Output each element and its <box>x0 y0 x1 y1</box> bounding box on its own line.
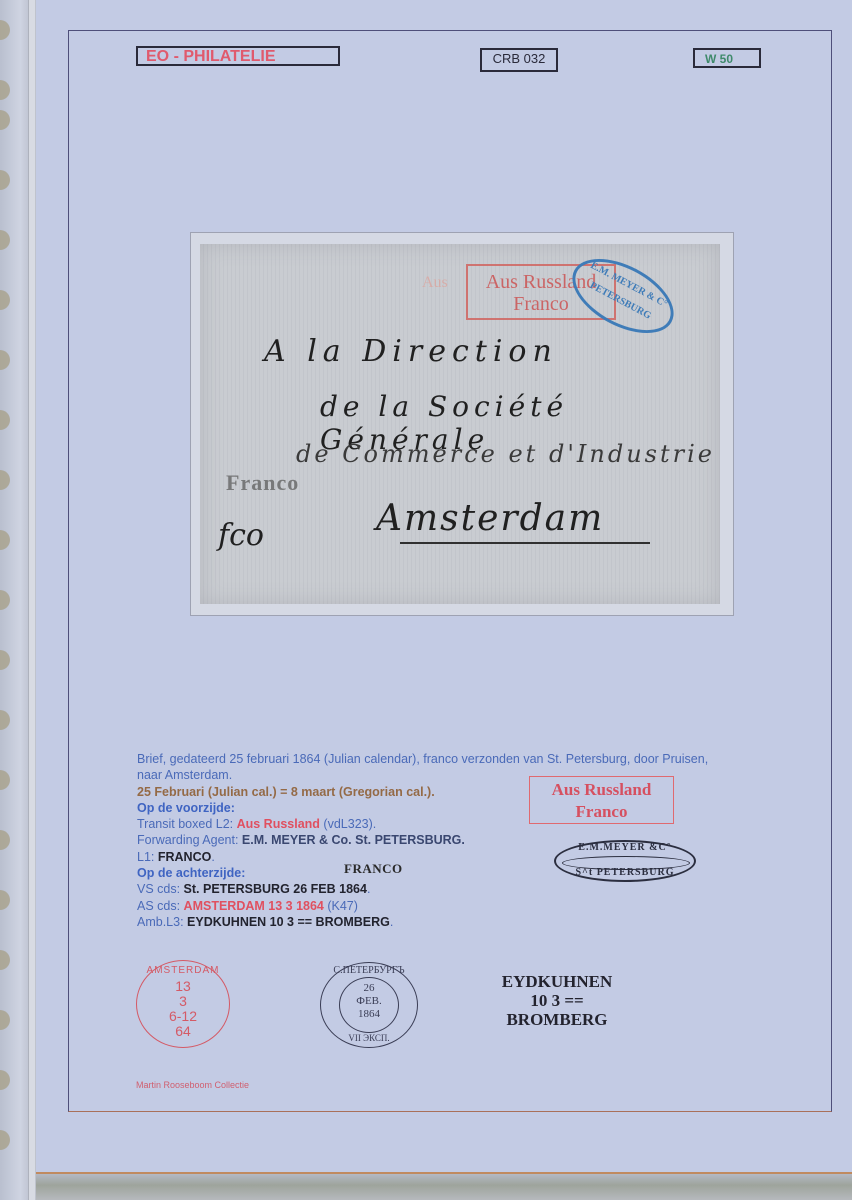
binder-ring <box>0 1010 10 1030</box>
oval-bottom-text: S^t PETERSBURG <box>556 867 694 878</box>
address-city: Amsterdam <box>376 498 604 539</box>
postmark-eydkuhnen: EYDKUHNEN 10 3 == BROMBERG <box>482 972 632 1029</box>
cover-ghost-stamp: ​Aus <box>422 274 448 292</box>
postmark-lines: 13 3 6-12 64 <box>137 979 229 1039</box>
binder-ring <box>0 80 10 100</box>
postmark-arc-text: AMSTERDAM <box>137 965 229 976</box>
pm-line: BROMBERG <box>482 1010 632 1029</box>
binder-ring <box>0 890 10 910</box>
desc-line: naar Amsterdam. <box>137 767 787 783</box>
binder-ring <box>0 530 10 550</box>
pm-line: 6-12 <box>137 1009 229 1024</box>
binder-ring <box>0 20 10 40</box>
description: Brief, gedateerd 25 februari 1864 (Julia… <box>137 751 787 930</box>
address-line: de Commerce et d'Industrie <box>296 440 715 468</box>
pm-line: 3 <box>137 994 229 1009</box>
boxed-line: Franco <box>530 801 673 823</box>
binder-ring <box>0 350 10 370</box>
binder-ring <box>0 650 10 670</box>
desc-date-note: 25 Februari (Julian cal.) = 8 maart (Gre… <box>137 784 787 800</box>
header-title: EO - PHILATELIE <box>136 46 340 66</box>
desc-as: AS cds: AMSTERDAM 13 3 1864 (K47) <box>137 898 787 914</box>
binder-ring <box>0 470 10 490</box>
cover-image: ​Aus Aus Russland Franco E.M. MEYER & C°… <box>200 244 720 604</box>
binder-ring <box>0 230 10 250</box>
cover-annotation: fco <box>218 518 264 553</box>
illustration-franco: FRANCO <box>344 861 403 877</box>
postmark-st-petersburg: С.ПЕТЕРБУРГЪ 26 ФЕВ. 1864 VII ЭКСП. <box>320 962 418 1048</box>
binder-ring <box>0 290 10 310</box>
postmark-top-text: С.ПЕТЕРБУРГЪ <box>321 965 417 976</box>
cover-oval-stamp: E.M. MEYER & C° PETERSBURG <box>560 244 685 349</box>
desc-amb: Amb.L3: EYDKUHNEN 10 3 == BROMBERG. <box>137 914 787 930</box>
pm-line: 1864 <box>321 1008 417 1021</box>
binder-ring <box>0 1070 10 1090</box>
desc-vs: VS cds: St. PETERSBURG 26 FEB 1864. <box>137 881 787 897</box>
pm-line: ФЕВ. <box>321 995 417 1008</box>
pm-line: 26 <box>321 982 417 995</box>
binder-ring <box>0 950 10 970</box>
cover-franco-stamp: Franco <box>226 470 299 496</box>
desc-line: Brief, gedateerd 25 februari 1864 (Julia… <box>137 751 787 767</box>
boxed-line: Aus Russland <box>530 779 673 801</box>
desc-transit: Transit boxed L2: Aus Russland (vdL323). <box>137 816 787 832</box>
postmark-bottom-text: VII ЭКСП. <box>321 1033 417 1043</box>
sleeve-edge <box>28 0 36 1200</box>
pm-line: 10 3 == <box>482 991 632 1010</box>
header-page: W 50 <box>693 48 761 68</box>
binder-ring <box>0 710 10 730</box>
sheet-bottom-edge <box>36 1172 852 1200</box>
illustration-boxed-stamp: Aus Russland Franco <box>529 776 674 824</box>
header-code: CRB 032 <box>480 48 558 72</box>
pm-line: EYDKUHNEN <box>482 972 632 991</box>
oval-top-text: E.M.MEYER &C° <box>556 842 694 853</box>
address-line: A la Direction <box>264 334 558 369</box>
desc-front-heading: Op de voorzijde: <box>137 800 787 816</box>
binder-ring <box>0 770 10 790</box>
address-underline <box>400 542 650 544</box>
postmark-lines: 26 ФЕВ. 1864 <box>321 982 417 1021</box>
binder-ring <box>0 410 10 430</box>
pm-line: 64 <box>137 1024 229 1039</box>
illustration-oval-stamp: E.M.MEYER &C° S^t PETERSBURG <box>554 840 696 882</box>
footer-collection: Martin Rooseboom Collectie <box>136 1080 249 1090</box>
binder-ring <box>0 830 10 850</box>
binder-ring <box>0 1130 10 1150</box>
binder-ring <box>0 590 10 610</box>
postmark-amsterdam: AMSTERDAM 13 3 6-12 64 <box>136 960 230 1048</box>
binder-ring <box>0 170 10 190</box>
binder-ring <box>0 110 10 130</box>
pm-line: 13 <box>137 979 229 994</box>
